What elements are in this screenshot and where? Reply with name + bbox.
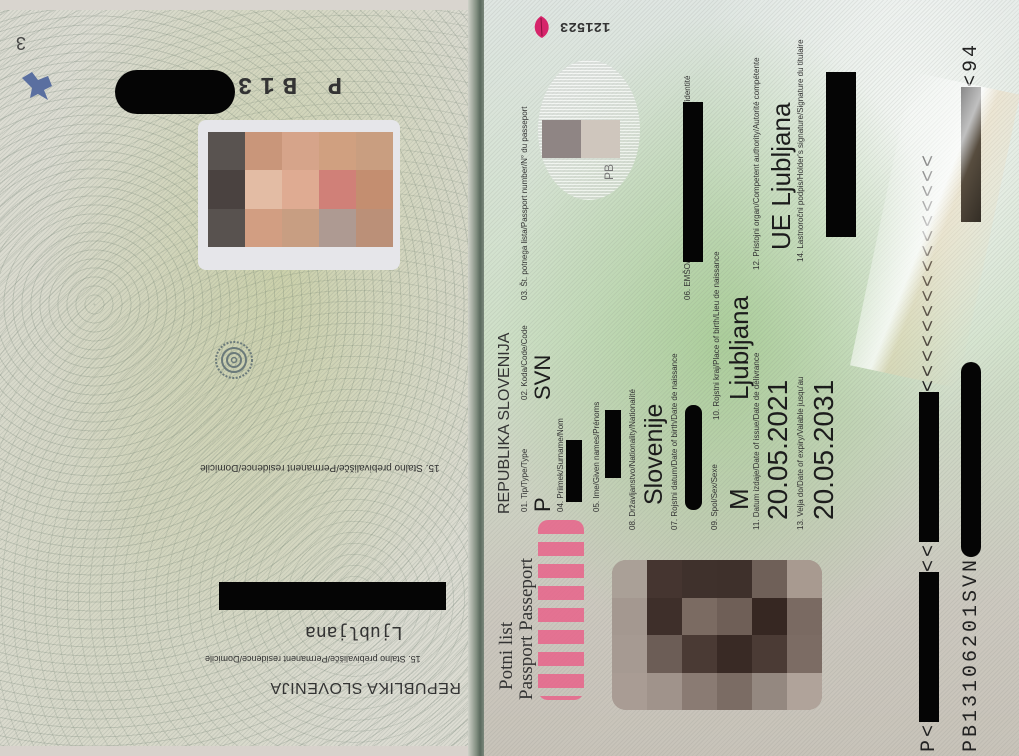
expiry-label: 13. Velja do/Date of expiry/Valable jusq… (796, 377, 805, 530)
page-number: 3 (16, 32, 26, 53)
holder-photo (612, 560, 822, 710)
redaction (115, 70, 235, 114)
issue-date-value: 20.05.2021 (762, 380, 794, 520)
sex-value: M (724, 488, 755, 510)
holder-signature-ink (538, 520, 584, 700)
leaf-icon (530, 14, 552, 40)
mrz-redaction (919, 572, 939, 722)
authority-label: 12. Pristojni organ/Competent authority/… (752, 57, 761, 270)
nationality-value: Slovenije (640, 404, 669, 505)
pob-label: 10. Rojstni kraj/Place of birth/Lieu de … (712, 251, 721, 420)
title-en-fr: Passport Passeport (516, 558, 538, 700)
pob-value: Ljubljana (724, 296, 755, 400)
residence-label: 15. Stalno prebivališče/Permanent reside… (205, 654, 421, 664)
mrz-line-1-start: P< (918, 722, 941, 752)
type-label: 01. Tip/Type/Type (520, 449, 529, 512)
serial-number: 121523 (560, 18, 610, 34)
hologram-text: PB (602, 164, 616, 180)
title-sl: Potni list (496, 622, 518, 690)
dob-label: 07. Rojstni datum/Date of birth/Date de … (670, 353, 679, 530)
code-label: 02. Koda/Code/Code (520, 325, 529, 400)
nationality-label: 08. Državljanstvo/Nationality/Nationalit… (628, 389, 637, 530)
redaction (219, 582, 446, 610)
code-value: SVN (530, 355, 556, 400)
spiral-seal-icon (214, 340, 254, 380)
country-header: REPUBLIKA SLOVENIJA (496, 333, 514, 514)
type-value: P (530, 497, 556, 512)
surname-label: 04. Priimek/Surname/Nom (556, 418, 565, 512)
passport-number-label: 03. Št. potnega lista/Passport number/N°… (520, 106, 529, 300)
ghost-photo (198, 120, 400, 270)
emso-redaction (683, 102, 703, 262)
given-names-redaction (605, 410, 621, 478)
perforated-number: P B13 (230, 70, 342, 97)
dob-redaction (685, 405, 702, 510)
given-names-label: 05. Ime/Given names/Prénoms (592, 402, 601, 512)
mrz-line-2-end: <94 (960, 42, 983, 87)
mrz-redaction (961, 362, 981, 557)
title-fr: Passeport (516, 558, 537, 631)
bird-emblem-icon (18, 68, 60, 104)
residence-label: 15. Stalno prebivališče/Permanent reside… (200, 462, 440, 473)
hologram-window (538, 60, 640, 200)
country-name: REPUBLIKA SLOVENIJA (270, 678, 461, 696)
table-surface (0, 746, 472, 756)
left-page: 3 P B13 15. Stalno prebivališče/Permanen… (0, 10, 472, 746)
authority-value: UE Ljubljana (766, 103, 797, 250)
signature-redaction (826, 72, 856, 237)
signature-label: 14. Lastnoročni podpis/Holder's signatur… (796, 39, 805, 262)
residence-value: Ljubljana (305, 622, 403, 643)
mrz-line-2-start: PB13106201SVN (960, 557, 983, 752)
expiry-value: 20.05.2031 (808, 380, 840, 520)
mrz-redaction (919, 392, 939, 542)
surname-redaction (566, 440, 582, 502)
issue-date-label: 11. Datum izdaje/Date of issue/Date de d… (752, 353, 761, 530)
sex-label: 09. Spol/Sex/Sexe (710, 464, 719, 530)
title-en: Passport (516, 636, 537, 700)
